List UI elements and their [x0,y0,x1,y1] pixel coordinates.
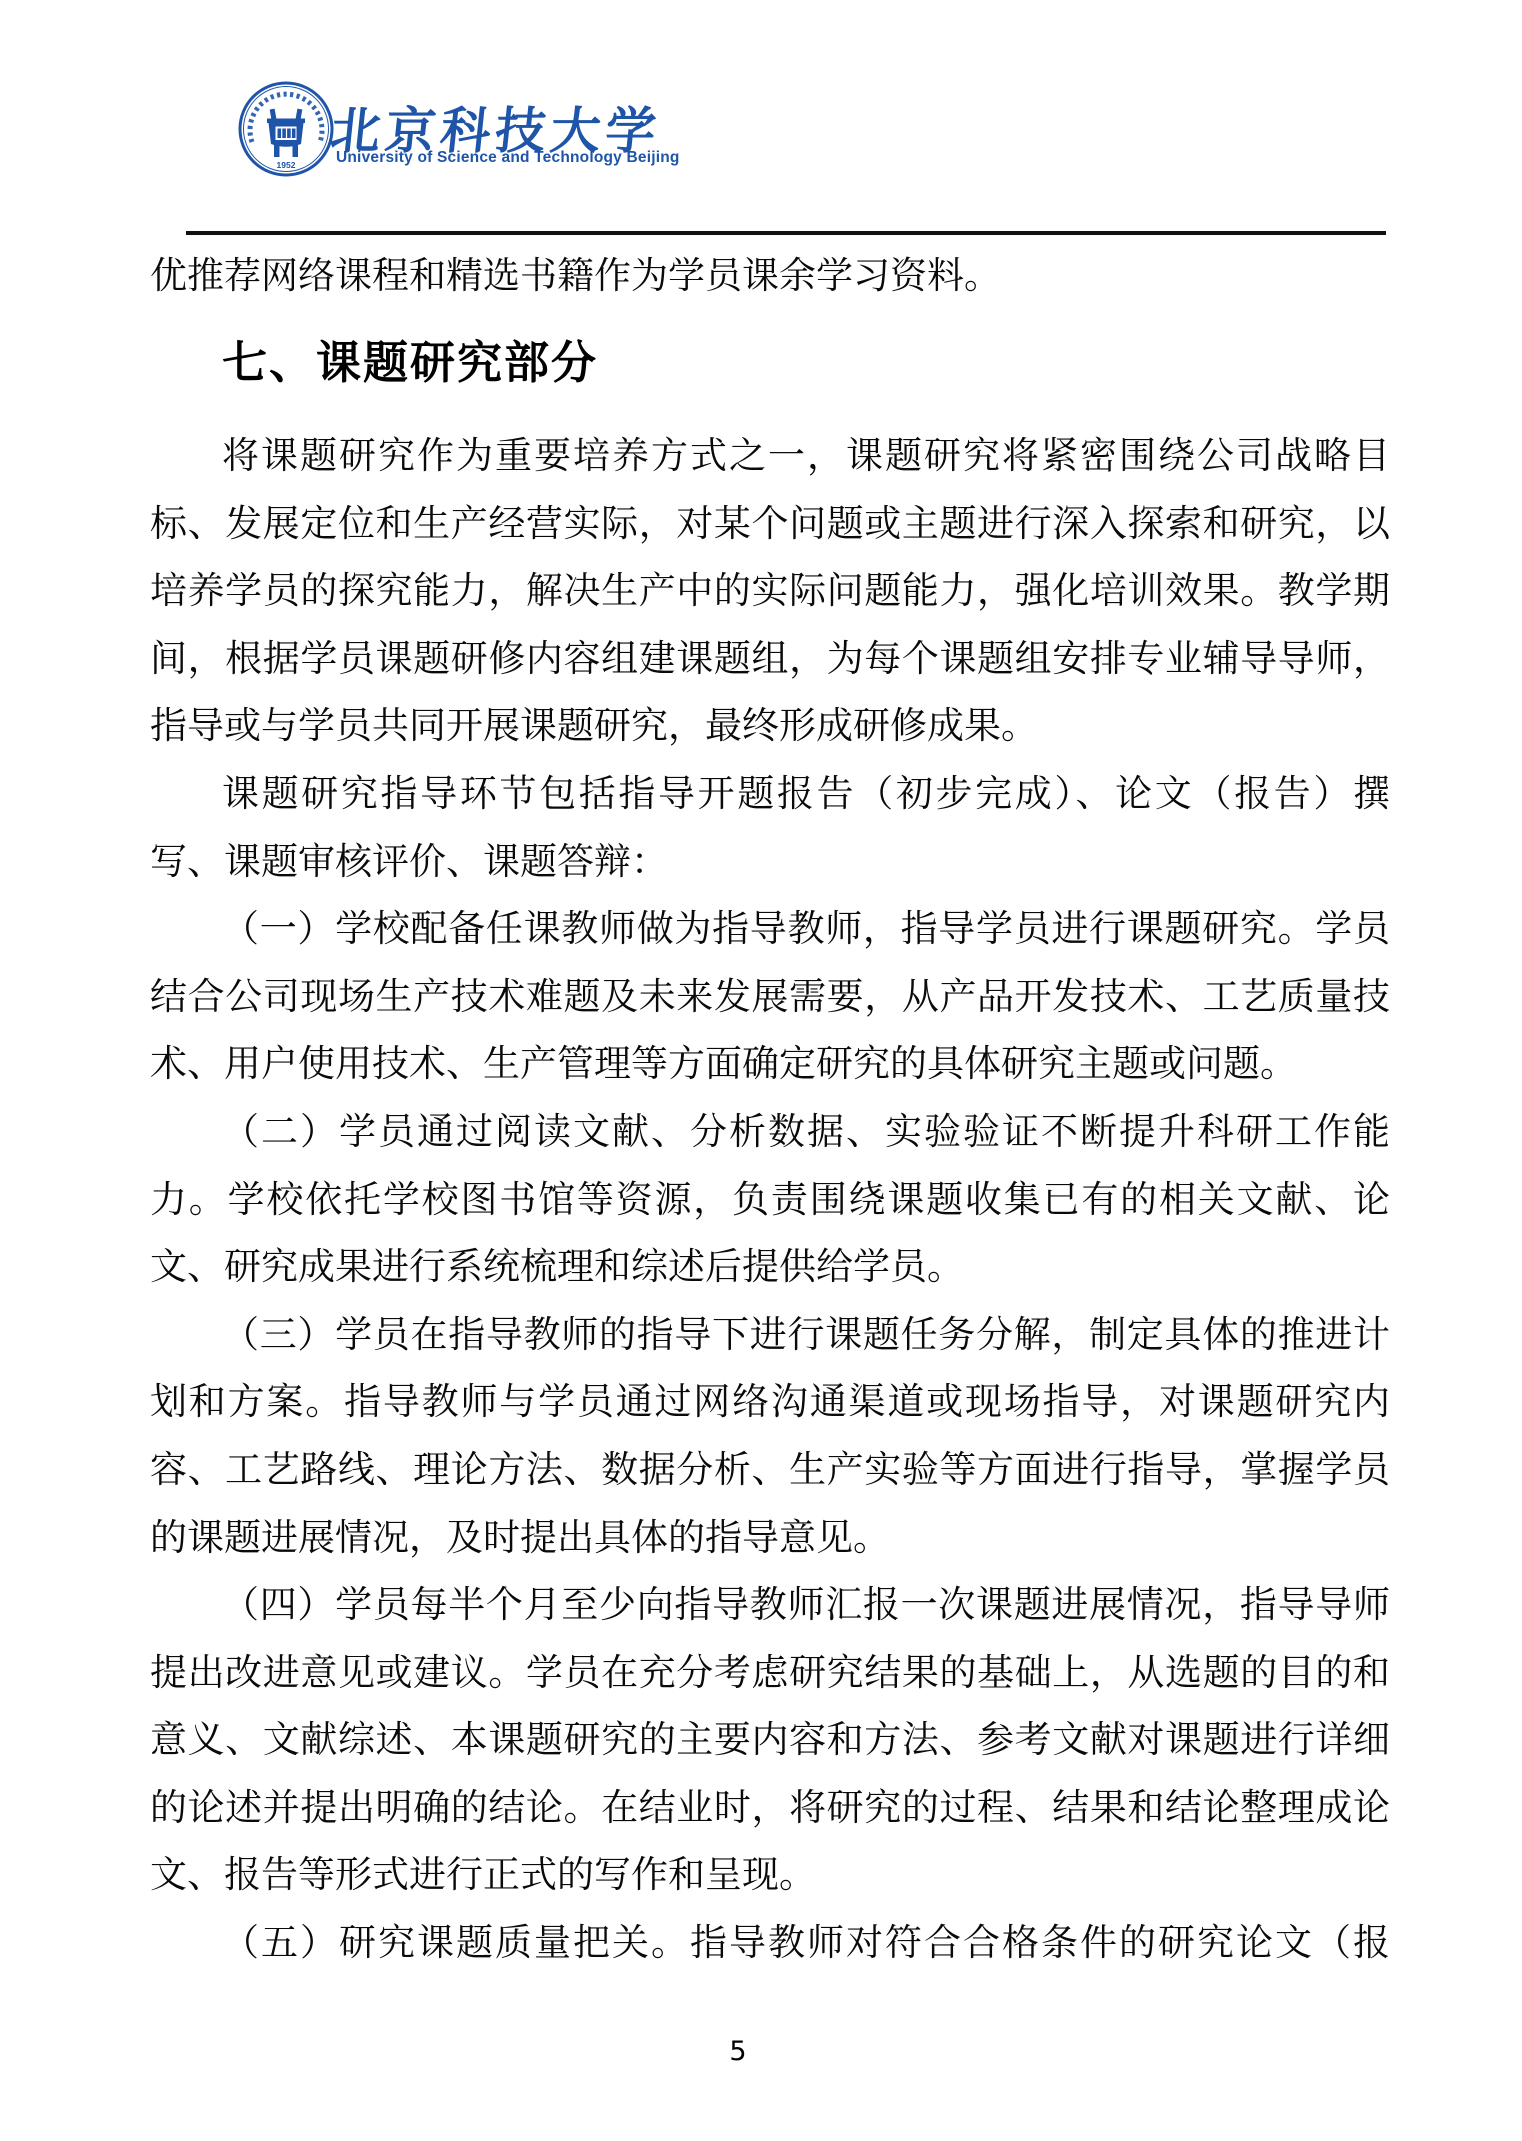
body-text-line: 间，根据学员课题研修内容组建课题组，为每个课题组安排专业辅导导师， [150,625,1390,693]
body-text-line: 意义、文献综述、本课题研究的主要内容和方法、参考文献对课题进行详细 [150,1706,1390,1774]
body-text-line: 结合公司现场生产技术难题及未来发展需要，从产品开发技术、工艺质量技 [150,963,1390,1031]
body-text-line: 力。学校依托学校图书馆等资源，负责围绕课题收集已有的相关文献、论 [150,1166,1390,1234]
emblem-year: 1952 [277,160,296,170]
body-text-line: 标、发展定位和生产经营实际，对某个问题或主题进行深入探索和研究，以 [150,490,1390,558]
body-text-line: （三）学员在指导教师的指导下进行课题任务分解，制定具体的推进计 [150,1301,1390,1369]
section-heading: 七、课题研究部分 [222,334,598,392]
body-text-line: 划和方案。指导教师与学员通过网络沟通渠道或现场指导，对课题研究内 [150,1368,1390,1436]
body-text-line: 将课题研究作为重要培养方式之一，课题研究将紧密围绕公司战略目 [150,422,1390,490]
body-text-line: 课题研究指导环节包括指导开题报告（初步完成）、论文（报告）撰 [150,760,1390,828]
body-text-line: （一）学校配备任课教师做为指导教师，指导学员进行课题研究。学员 [150,895,1390,963]
body-text-line: 的课题进展情况，及时提出具体的指导意见。 [150,1504,1390,1572]
header-divider [186,231,1386,235]
document-page: 1952 北京科技大学 University of Science and Te… [0,0,1522,2141]
body-text-line: 文、研究成果进行系统梳理和综述后提供给学员。 [150,1233,1390,1301]
body-text-line: 培养学员的探究能力，解决生产中的实际问题能力，强化培训效果。教学期 [150,557,1390,625]
body-text-line: 术、用户使用技术、生产管理等方面确定研究的具体研究主题或问题。 [150,1030,1390,1098]
intro-text-line: 优推荐网络课程和精选书籍作为学员课余学习资料。 [150,252,1390,300]
body-text-line: （五）研究课题质量把关。指导教师对符合合格条件的研究论文（报 [150,1909,1390,1977]
university-emblem-icon: 1952 [237,80,335,178]
body-text-line: （二）学员通过阅读文献、分析数据、实验验证不断提升科研工作能 [150,1098,1390,1166]
page-number: 5 [0,2036,1476,2067]
body-text-line: （四）学员每半个月至少向指导教师汇报一次课题进展情况，指导导师 [150,1571,1390,1639]
university-name-en: University of Science and Technology Bei… [336,149,680,167]
body-text-line: 文、报告等形式进行正式的写作和呈现。 [150,1841,1390,1909]
body-text-line: 指导或与学员共同开展课题研究，最终形成研修成果。 [150,692,1390,760]
body-text-line: 提出改进意见或建议。学员在充分考虑研究结果的基础上，从选题的目的和 [150,1639,1390,1707]
body-text-line: 写、课题审核评价、课题答辩： [150,828,1390,896]
body-lines: 将课题研究作为重要培养方式之一，课题研究将紧密围绕公司战略目标、发展定位和生产经… [150,422,1390,1977]
body-text-line: 的论述并提出明确的结论。在结业时，将研究的过程、结果和结论整理成论 [150,1774,1390,1842]
body-text-line: 容、工艺路线、理论方法、数据分析、生产实验等方面进行指导，掌握学员 [150,1436,1390,1504]
